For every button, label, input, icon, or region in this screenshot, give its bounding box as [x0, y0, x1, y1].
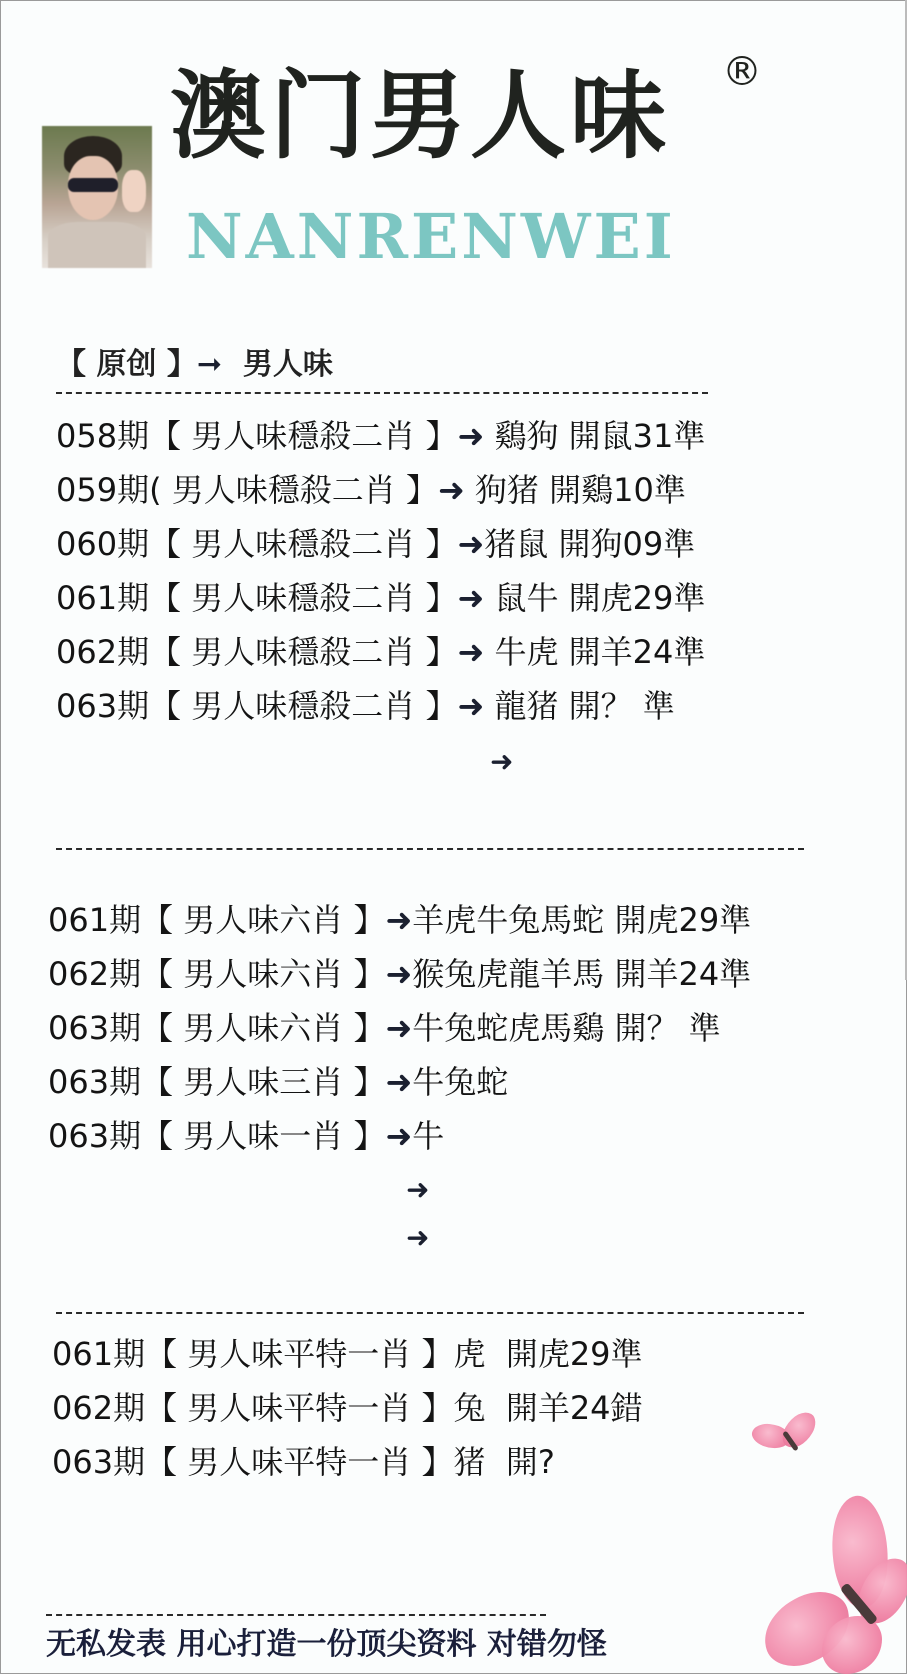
page-title-english: NANRENWEI	[186, 206, 676, 268]
arrow-right-icon: ➜	[385, 1063, 412, 1101]
list-item: 061期【 男人味平特一肖 】虎 開虎29準	[52, 1338, 643, 1370]
list-item: 062期【 男人味平特一肖 】兔 開羊24錯	[52, 1392, 643, 1424]
list-item: 063期【 男人味一肖 】➜牛	[48, 1120, 444, 1152]
divider	[46, 1614, 546, 1616]
arrow-right-icon: ➜	[406, 1176, 429, 1204]
registered-trademark-icon: ®	[722, 52, 762, 92]
divider	[56, 1312, 804, 1314]
subtitle-name: 男人味	[243, 347, 333, 382]
arrow-right-icon: ➜	[457, 579, 484, 617]
arrow-right-icon: ➜	[490, 748, 513, 776]
arrow-right-icon: ➜	[406, 1224, 429, 1252]
arrow-right-icon: ➜	[457, 417, 484, 455]
list-item: 061期【 男人味穩殺二肖 】➜ 鼠牛 開虎29準	[56, 582, 705, 614]
arrow-right-icon: ➜	[438, 471, 465, 509]
page-title-chinese: 澳门男人味	[170, 68, 670, 164]
arrow-right-icon: ➜	[385, 1117, 412, 1155]
list-item: 058期【 男人味穩殺二肖 】➜ 鷄狗 開鼠31準	[56, 420, 705, 452]
avatar-photo	[42, 126, 152, 268]
arrow-right-icon: ➜	[385, 955, 412, 993]
original-label: 【 原创 】	[56, 347, 197, 382]
footer-slogan: 无私发表 用心打造一份顶尖资料 对错勿怪	[46, 1630, 607, 1660]
list-item: 062期【 男人味六肖 】➜猴兔虎龍羊馬 開羊24準	[48, 958, 751, 990]
arrow-right-icon: ➜	[385, 901, 412, 939]
butterfly-small-icon	[752, 1410, 822, 1470]
arrow-right-icon: ➜	[385, 1009, 412, 1047]
arrow-right-icon: ➜	[457, 633, 484, 671]
divider	[56, 392, 708, 394]
list-item: 063期【 男人味六肖 】➜牛兔蛇虎馬鷄 開？ 準	[48, 1012, 721, 1044]
list-item: 063期【 男人味三肖 】➜牛兔蛇	[48, 1066, 508, 1098]
list-item: 060期【 男人味穩殺二肖 】➜猪鼠 開狗09準	[56, 528, 695, 560]
list-item: 063期【 男人味平特一肖 】猪 開?	[52, 1446, 555, 1478]
list-item: 061期【 男人味六肖 】➜羊虎牛兔馬蛇 開虎29準	[48, 904, 751, 936]
divider	[56, 848, 804, 850]
subtitle: 【 原创 】➞ 男人味	[56, 350, 333, 380]
list-item: 062期【 男人味穩殺二肖 】➜ 牛虎 開羊24準	[56, 636, 705, 668]
arrow-right-icon: ➞	[197, 347, 222, 382]
list-item: 059期( 男人味穩殺二肖 】➜ 狗猪 開鷄10準	[56, 474, 686, 506]
butterfly-large-icon	[762, 1496, 907, 1674]
arrow-right-icon: ➜	[457, 525, 484, 563]
list-item: 063期【 男人味穩殺二肖 】➜ 龍猪 開？ 準	[56, 690, 675, 722]
arrow-right-icon: ➜	[457, 687, 484, 725]
